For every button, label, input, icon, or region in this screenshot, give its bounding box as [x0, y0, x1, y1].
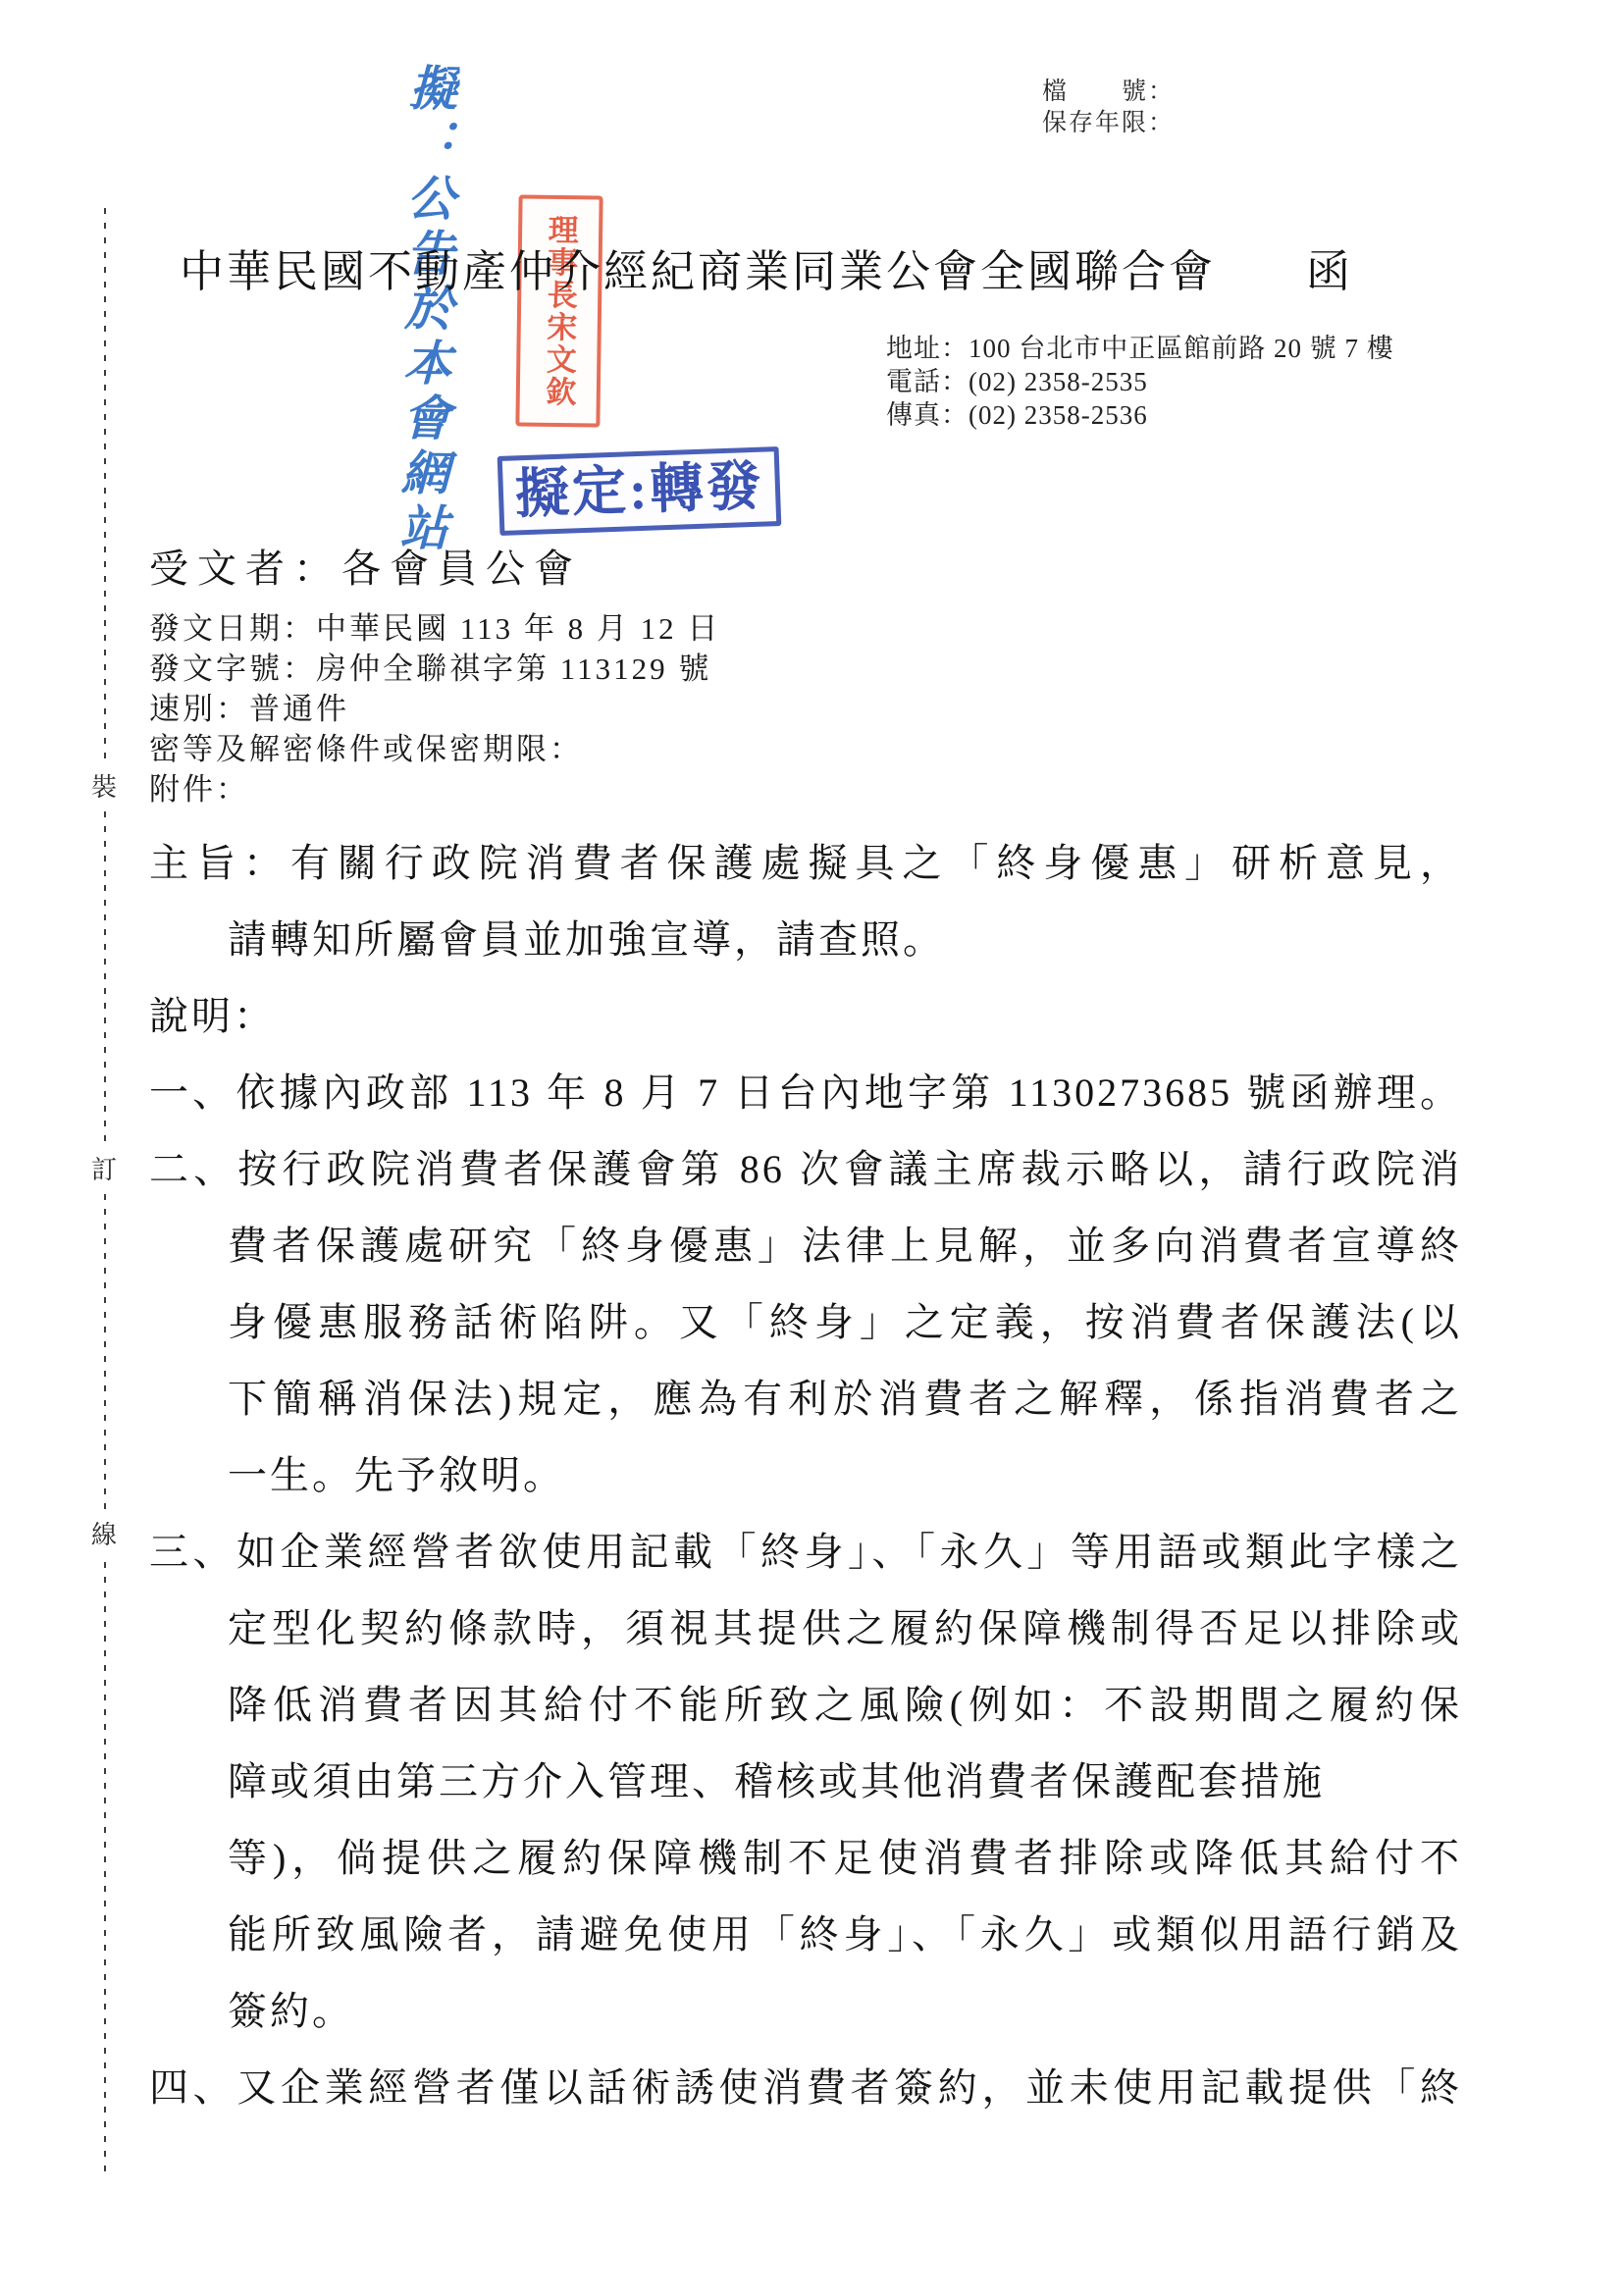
item-4-marker: 四、 — [149, 2065, 236, 2110]
subject-line-1: 主旨：有關行政院消費者保護處擬具之「終身優惠」研析意見， — [149, 832, 1462, 909]
item-3-line-2: 定型化契約條款時，須視其提供之履約保障機制得否足以排除或 — [149, 1597, 1462, 1674]
organization-title: 中華民國不動產仲介經紀商業同業公會全國聯合會 — [180, 247, 1216, 296]
item-3-line-5: 等)，倘提供之履約保障機制不足使消費者排除或降低其給付不 — [149, 1827, 1462, 1904]
binding-dashed-line — [104, 208, 106, 2175]
decision-stamp: 擬定:轉發 — [497, 446, 782, 535]
item-4-text: 又企業經營者僅以話術誘使消費者簽約，並未使用記載提供「終 — [236, 2065, 1462, 2110]
meta-block: 發文日期：中華民國 113 年 8 月 12 日 發文字號：房仲全聯祺字第 11… — [149, 608, 720, 809]
item-2-text: 按行政院消費者保護會第 86 次會議主席裁示略以，請行政院消 — [237, 1147, 1462, 1191]
chairman-stamp: 理事長宋文欽 — [515, 194, 602, 427]
contact-block: 地址：100 台北市中正區館前路 20 號 7 樓 電話：(02) 2358-2… — [886, 332, 1394, 432]
item-1-marker: 一、 — [149, 1070, 236, 1115]
item-3-line-6: 能所致風險者，請避免使用「終身」、「永久」或類似用語行銷及 — [149, 1904, 1462, 1980]
item-2-line-1: 二、按行政院消費者保護會第 86 次會議主席裁示略以，請行政院消 — [149, 1138, 1462, 1215]
recipient-line: 受文者：各會員公會 — [149, 538, 582, 594]
handwritten-note: 擬：公告於本會網站 — [386, 62, 465, 557]
address-line: 地址：100 台北市中正區館前路 20 號 7 樓 — [886, 332, 1394, 365]
subject-line-2: 請轉知所屬會員並加強宣導，請查照。 — [149, 909, 1462, 985]
letter-body: 主旨：有關行政院消費者保護處擬具之「終身優惠」研析意見， 請轉知所屬會員並加強宣… — [149, 832, 1462, 2133]
item-3-line-4: 障或須由第三方介入管理、稽核或其他消費者保護配套措施 — [149, 1750, 1462, 1827]
scanned-official-letter: 檔 號：保存年限： 擬：公告於本會網站 理事長宋文欽 中華民國不動產仲介經紀商業… — [0, 0, 1623, 2296]
item-2-marker: 二、 — [149, 1147, 237, 1191]
retention-label: 保存年限： — [1042, 110, 1175, 136]
document-type: 函 — [1306, 247, 1353, 296]
archive-labels: 檔 號：保存年限： — [1042, 77, 1175, 139]
item-2-line-3: 身優惠服務話術陷阱。又「終身」之定義，按消費者保護法(以 — [149, 1291, 1462, 1368]
item-2-line-2: 費者保護處研究「終身優惠」法律上見解，並多向消費者宣導終 — [149, 1215, 1462, 1291]
speed-line: 速別：普通件 — [149, 689, 720, 729]
fax-line: 傳真：(02) 2358-2536 — [886, 398, 1394, 432]
file-no-label: 檔 號： — [1042, 78, 1175, 105]
item-3-text: 如企業經營者欲使用記載「終身」、「永久」等用語或類此字樣之 — [236, 1530, 1462, 1574]
doc-number-line: 發文字號：房仲全聯祺字第 113129 號 — [149, 649, 720, 689]
binding-char-xian: 線 — [82, 1511, 126, 1555]
item-1-line-1: 一、依據內政部 113 年 8 月 7 日台內地字第 1130273685 號函… — [149, 1062, 1462, 1138]
phone-line: 電話：(02) 2358-2535 — [886, 365, 1394, 398]
binding-char-zhuang: 裝 — [82, 763, 126, 808]
explanation-label: 說明： — [149, 985, 1462, 1062]
binding-char-ding: 訂 — [82, 1146, 126, 1190]
security-line: 密等及解密條件或保密期限： — [149, 729, 720, 769]
document-title-row: 中華民國不動產仲介經紀商業同業公會全國聯合會函 — [180, 235, 1353, 299]
issue-date-line: 發文日期：中華民國 113 年 8 月 12 日 — [149, 608, 720, 649]
attachment-line: 附件： — [149, 769, 720, 809]
item-3-line-3: 降低消費者因其給付不能所致之風險(例如：不設期間之履約保 — [149, 1674, 1462, 1750]
item-3-line-7: 簽約。 — [149, 1980, 1462, 2057]
item-2-line-4: 下簡稱消保法)規定，應為有利於消費者之解釋，係指消費者之 — [149, 1368, 1462, 1444]
item-3-line-1: 三、如企業經營者欲使用記載「終身」、「永久」等用語或類此字樣之 — [149, 1521, 1462, 1597]
item-4-line-1: 四、又企業經營者僅以話術誘使消費者簽約，並未使用記載提供「終 — [149, 2057, 1462, 2133]
item-2-line-5: 一生。先予敘明。 — [149, 1444, 1462, 1521]
item-3-marker: 三、 — [149, 1530, 236, 1574]
item-1-text: 依據內政部 113 年 8 月 7 日台內地字第 1130273685 號函辦理… — [236, 1070, 1462, 1115]
